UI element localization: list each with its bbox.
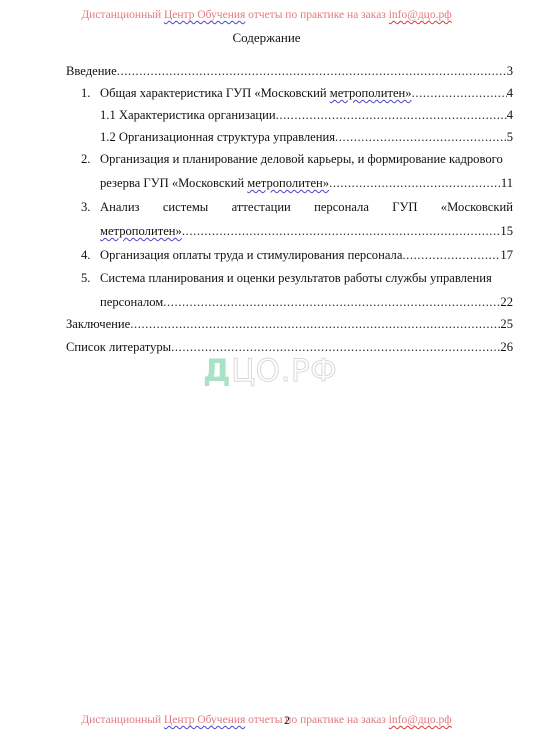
toc-entry-page: 4 [507,106,513,124]
toc-entry-text: персоналом [100,293,163,311]
toc-entry-section-2-line1[interactable]: Организация и планирование деловой карье… [100,150,513,168]
toc-entry-section-2[interactable]: резерва ГУП «Московский метрополитен» 11 [100,174,513,192]
toc-entry-text: резерва ГУП «Московский метрополитен» [100,174,329,192]
toc-leader-dots [276,106,507,124]
toc-entry-section-4[interactable]: Организация оплаты труда и стимулировани… [100,246,513,264]
toc-entry-section-5[interactable]: персоналом 22 [100,293,513,311]
toc-entry-number: 3. [81,198,90,216]
toc-leader-dots [130,315,500,333]
toc-entry-number: 1. [81,84,90,102]
toc-entry-page: 26 [500,338,513,356]
page-number: 2 [284,713,290,728]
toc-entry-page: 25 [500,315,513,333]
toc-entry-page: 11 [501,174,513,192]
toc-entry-number: 4. [81,246,90,264]
toc-entry-text: Общая характеристика ГУП «Московский мет… [100,84,412,102]
footer-email-link[interactable]: info@дцо.рф [389,714,452,726]
toc-entry-text: 1.2 Организационная структура управления [100,128,335,146]
toc-title: Содержание [0,30,533,46]
toc-entry-number: 2. [81,150,90,168]
header-email-link[interactable]: info@дцо.рф [389,9,452,21]
toc-entry-text: 1.1 Характеристика организации [100,106,276,124]
toc-entry-section-3[interactable]: метрополитен» 15 [100,222,513,240]
toc-entry-page: 17 [500,246,513,264]
watermark-logo: ДЦО.РФ [203,353,337,389]
footer-text-3: отчеты по практике на заказ [245,714,388,726]
toc-word: ГУП [392,198,417,216]
toc-word: системы [163,198,208,216]
toc-leader-dots [182,222,501,240]
watermark-rest: ЦО.РФ [231,353,337,389]
toc-entry-page: 15 [500,222,513,240]
toc-leader-dots [329,174,501,192]
toc-leader-dots [117,62,507,80]
toc-entry-section-1[interactable]: Общая характеристика ГУП «Московский мет… [100,84,513,102]
toc-entry-text: Система планирования и оценки результато… [100,269,492,287]
toc-entry-section-1-2[interactable]: 1.2 Организационная структура управления… [100,128,513,146]
toc-entry-number: 5. [81,269,90,287]
toc-entry-section-1-1[interactable]: 1.1 Характеристика организации 4 [100,106,513,124]
toc-entry-text: Организация оплаты труда и стимулировани… [100,246,402,264]
toc-leader-dots [163,293,500,311]
header-text-1: Дистанционный [81,9,164,21]
toc-word: персонала [314,198,369,216]
footer-banner: Дистанционный Центр Обучения отчеты по п… [0,714,533,726]
toc-word: «Московский [441,198,513,216]
toc-entry-introduction[interactable]: Введение 3 [66,62,513,80]
header-banner: Дистанционный Центр Обучения отчеты по п… [0,9,533,21]
header-text-2: Центр Обучения [164,9,245,21]
toc-entry-page: 4 [507,84,513,102]
toc-entry-text: Организация и планирование деловой карье… [100,150,503,168]
watermark-first-letter: Д [203,353,231,389]
toc-entry-text: Заключение [66,315,130,333]
toc-entry-text: Список литературы [66,338,171,356]
toc-entry-section-5-line1[interactable]: Система планирования и оценки результато… [100,269,513,287]
footer-text-1: Дистанционный [81,714,164,726]
toc-entry-text: Введение [66,62,117,80]
toc-leader-dots [335,128,507,146]
toc-entry-page: 3 [507,62,513,80]
toc-word: аттестации [232,198,291,216]
toc-entry-text: метрополитен» [100,222,182,240]
toc-entry-page: 22 [500,293,513,311]
toc-entry-conclusion[interactable]: Заключение 25 [66,315,513,333]
header-text-3: отчеты по практике на заказ [245,9,388,21]
footer-text-2: Центр Обучения [164,714,245,726]
toc-entry-section-3-line1[interactable]: Анализ системы аттестации персонала ГУП … [100,198,513,216]
toc-word: Анализ [100,198,140,216]
toc-leader-dots [412,84,507,102]
toc-leader-dots [402,246,500,264]
toc-entry-page: 5 [507,128,513,146]
